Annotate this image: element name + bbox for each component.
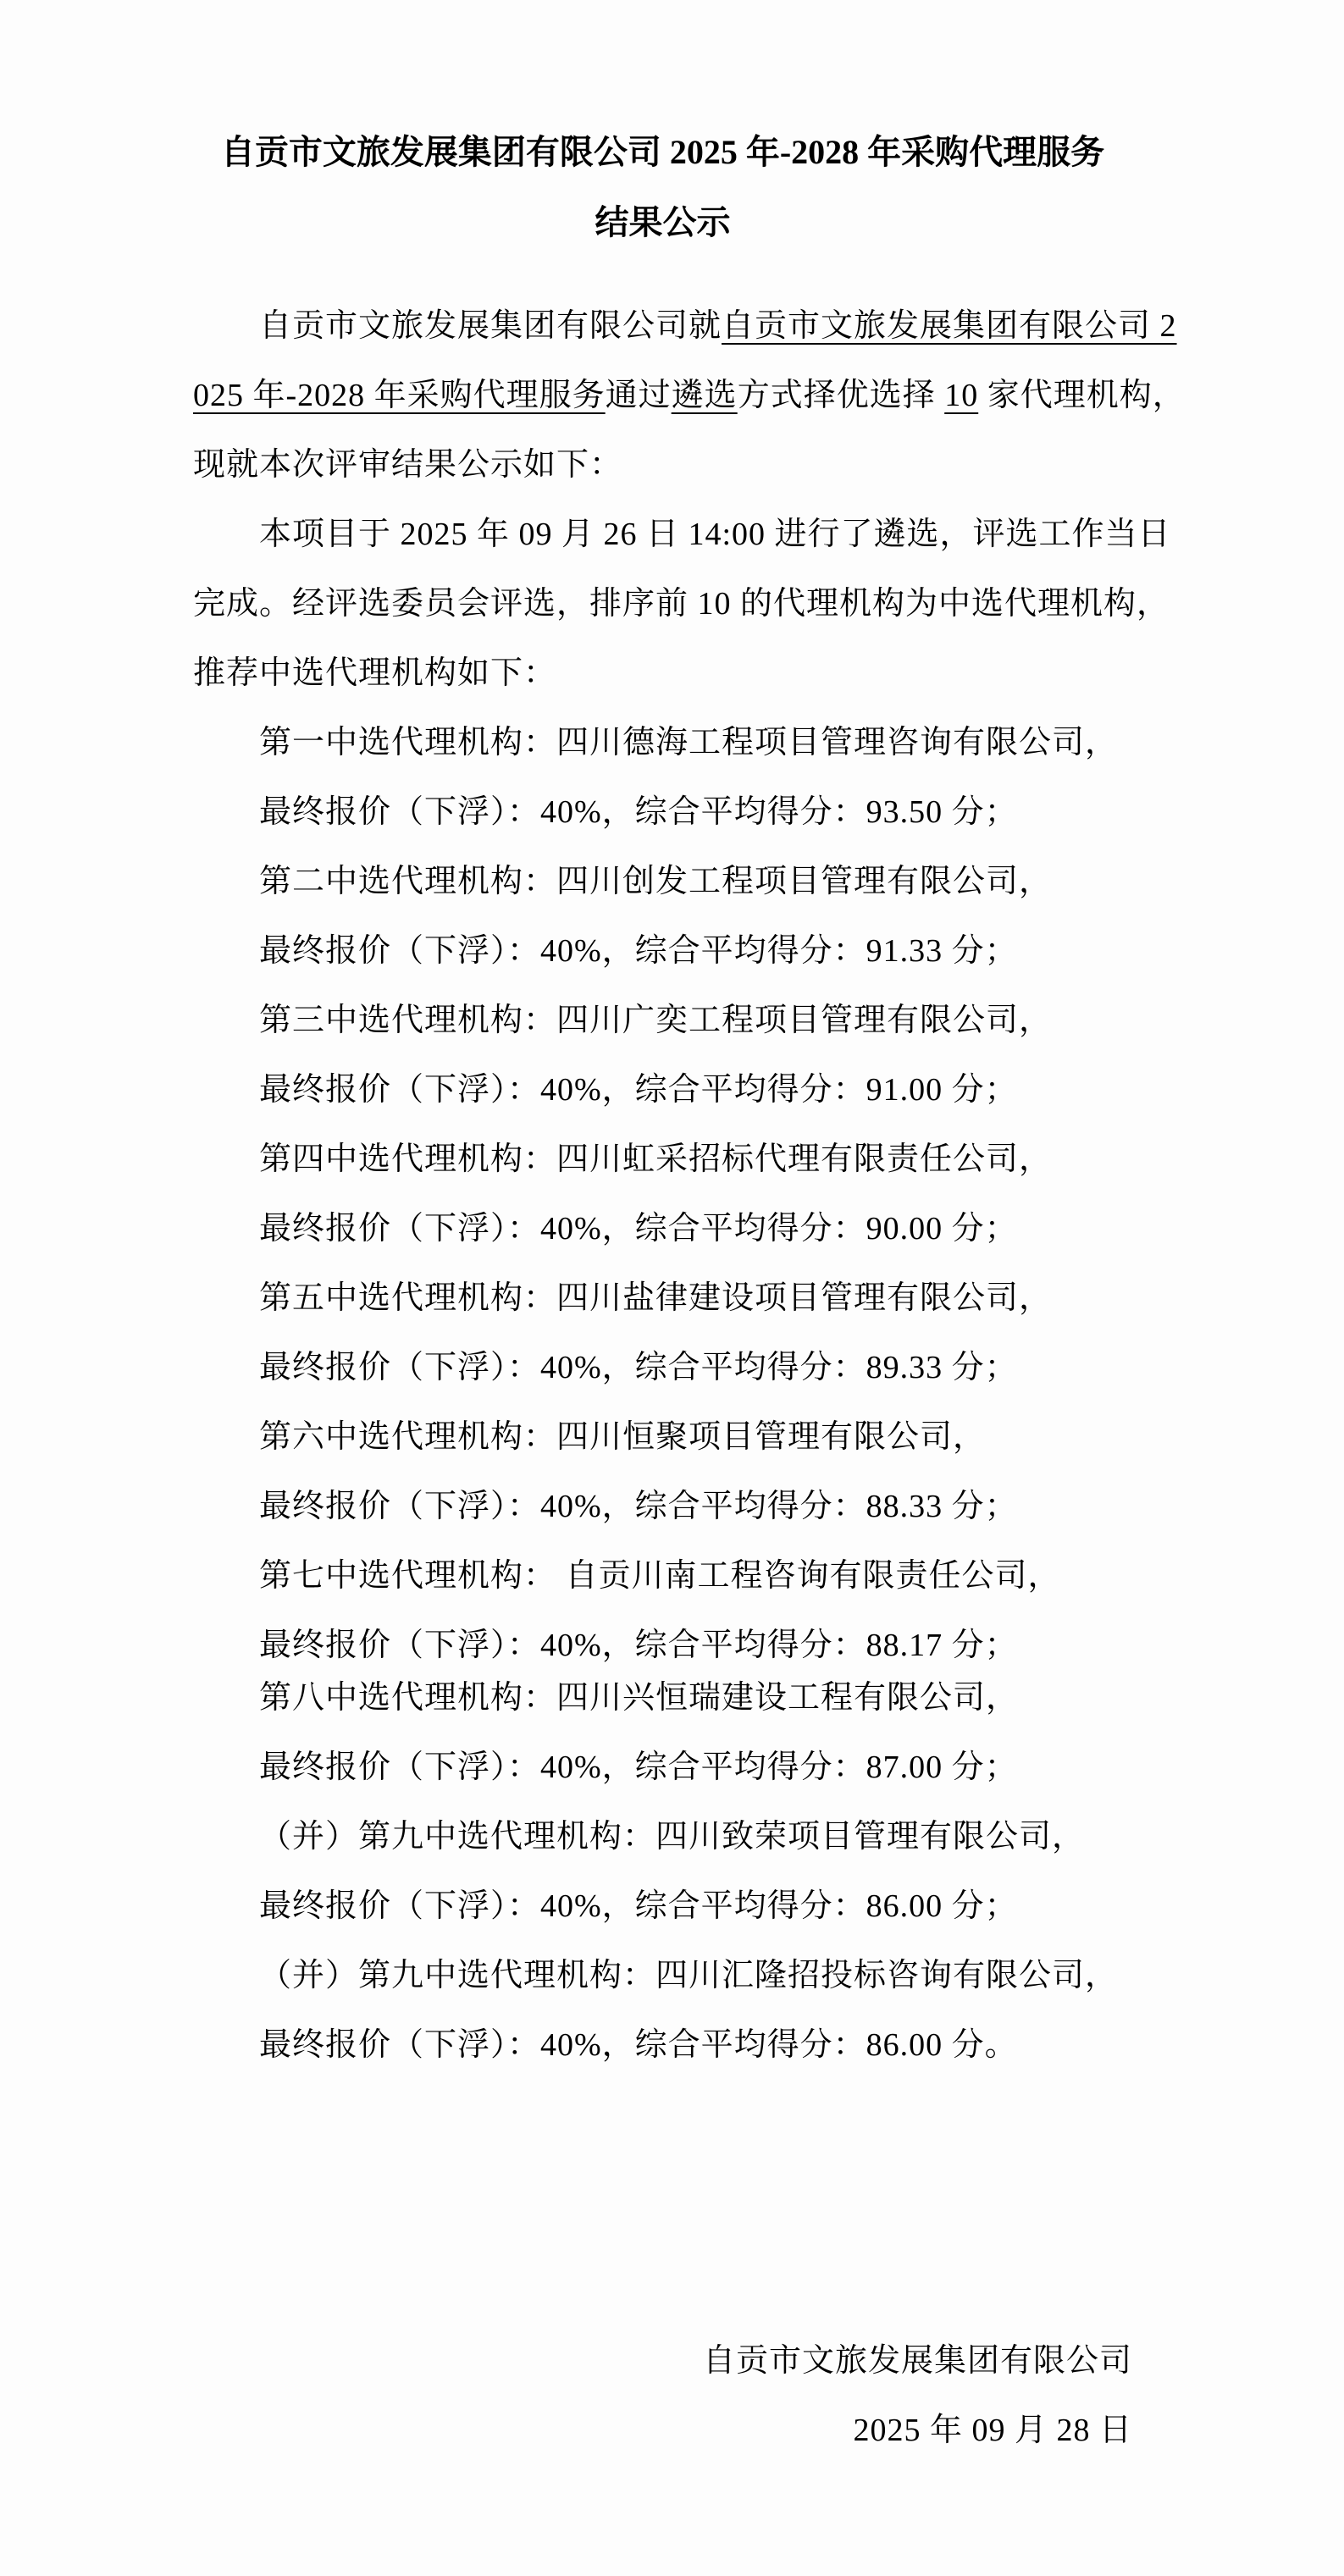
document-content: 自贡市文旅发展集团有限公司 2025 年-2028 年采购代理服务 结果公示 自… <box>0 0 1344 2465</box>
intro-line2-underlined-count: 10 <box>944 378 978 413</box>
result-2-score-line: 最终报价（下浮）：40%，综合平均得分：91.33 分； <box>193 916 1132 986</box>
signature-company: 自贡市文旅发展集团有限公司 <box>193 2326 1132 2396</box>
result-10-score-line: 最终报价（下浮）：40%，综合平均得分：86.00 分。 <box>193 2010 1132 2080</box>
intro-line2-plain-2: 方式择优选择 <box>738 378 945 413</box>
result-6-score-line: 最终报价（下浮）：40%，综合平均得分：88.33 分； <box>193 1472 1132 1541</box>
result-8-agency-line: 第八中选代理机构：四川兴恒瑞建设工程有限公司， <box>193 1663 1132 1733</box>
process-line-2: 完成。经评选委员会评选，排序前 10 的代理机构为中选代理机构， <box>193 569 1132 638</box>
result-2-agency-line: 第二中选代理机构：四川创发工程项目管理有限公司， <box>193 847 1132 916</box>
document-title-line2: 结果公示 <box>193 197 1132 248</box>
result-8-score-line: 最终报价（下浮）：40%，综合平均得分：87.00 分； <box>193 1733 1132 1802</box>
intro-line1-plain: 自贡市文旅发展集团有限公司就 <box>259 308 722 344</box>
intro-line-3: 现就本次评审结果公示如下： <box>193 430 1132 500</box>
result-6-agency-line: 第六中选代理机构：四川恒聚项目管理有限公司， <box>193 1402 1132 1472</box>
document-title-line1: 自贡市文旅发展集团有限公司 2025 年-2028 年采购代理服务 <box>193 127 1132 178</box>
result-10-agency-line: （并）第九中选代理机构：四川汇隆招投标咨询有限公司， <box>193 1941 1132 2010</box>
intro-line2-plain-1: 通过 <box>606 378 672 413</box>
result-9-score-line: 最终报价（下浮）：40%，综合平均得分：86.00 分； <box>193 1871 1132 1941</box>
intro-line1-underlined: 自贡市文旅发展集团有限公司 2 <box>722 308 1177 344</box>
result-3-agency-line: 第三中选代理机构：四川广奕工程项目管理有限公司， <box>193 986 1132 1055</box>
result-9-agency-line: （并）第九中选代理机构：四川致荣项目管理有限公司， <box>193 1802 1132 1871</box>
intro-line2-plain-3: 家代理机构， <box>978 378 1186 413</box>
result-4-score-line: 最终报价（下浮）：40%，综合平均得分：90.00 分； <box>193 1194 1132 1263</box>
result-3-score-line: 最终报价（下浮）：40%，综合平均得分：91.00 分； <box>193 1055 1132 1125</box>
result-4-agency-line: 第四中选代理机构：四川虹采招标代理有限责任公司， <box>193 1125 1132 1194</box>
intro-line-1: 自贡市文旅发展集团有限公司就自贡市文旅发展集团有限公司 2 <box>193 291 1132 361</box>
result-1-agency-line: 第一中选代理机构：四川德海工程项目管理咨询有限公司， <box>193 708 1132 777</box>
result-5-agency-line: 第五中选代理机构：四川盐律建设项目管理有限公司， <box>193 1263 1132 1333</box>
intro-line2-underlined-project: 025 年-2028 年采购代理服务 <box>193 378 606 413</box>
intro-line2-underlined-method: 遴选 <box>672 378 738 413</box>
process-line-3: 推荐中选代理机构如下： <box>193 638 1132 708</box>
intro-line-2: 025 年-2028 年采购代理服务通过遴选方式择优选择 10 家代理机构， <box>193 361 1132 430</box>
result-1-score-line: 最终报价（下浮）：40%，综合平均得分：93.50 分； <box>193 777 1132 847</box>
result-7-agency-line: 第七中选代理机构： 自贡川南工程咨询有限责任公司， <box>193 1541 1132 1611</box>
result-5-score-line: 最终报价（下浮）：40%，综合平均得分：89.33 分； <box>193 1333 1132 1402</box>
signature-date: 2025 年 09 月 28 日 <box>193 2396 1132 2465</box>
document-page: 自贡市文旅发展集团有限公司 2025 年-2028 年采购代理服务 结果公示 自… <box>0 0 1344 2576</box>
process-line-1: 本项目于 2025 年 09 月 26 日 14:00 进行了遴选，评选工作当日 <box>193 500 1132 569</box>
